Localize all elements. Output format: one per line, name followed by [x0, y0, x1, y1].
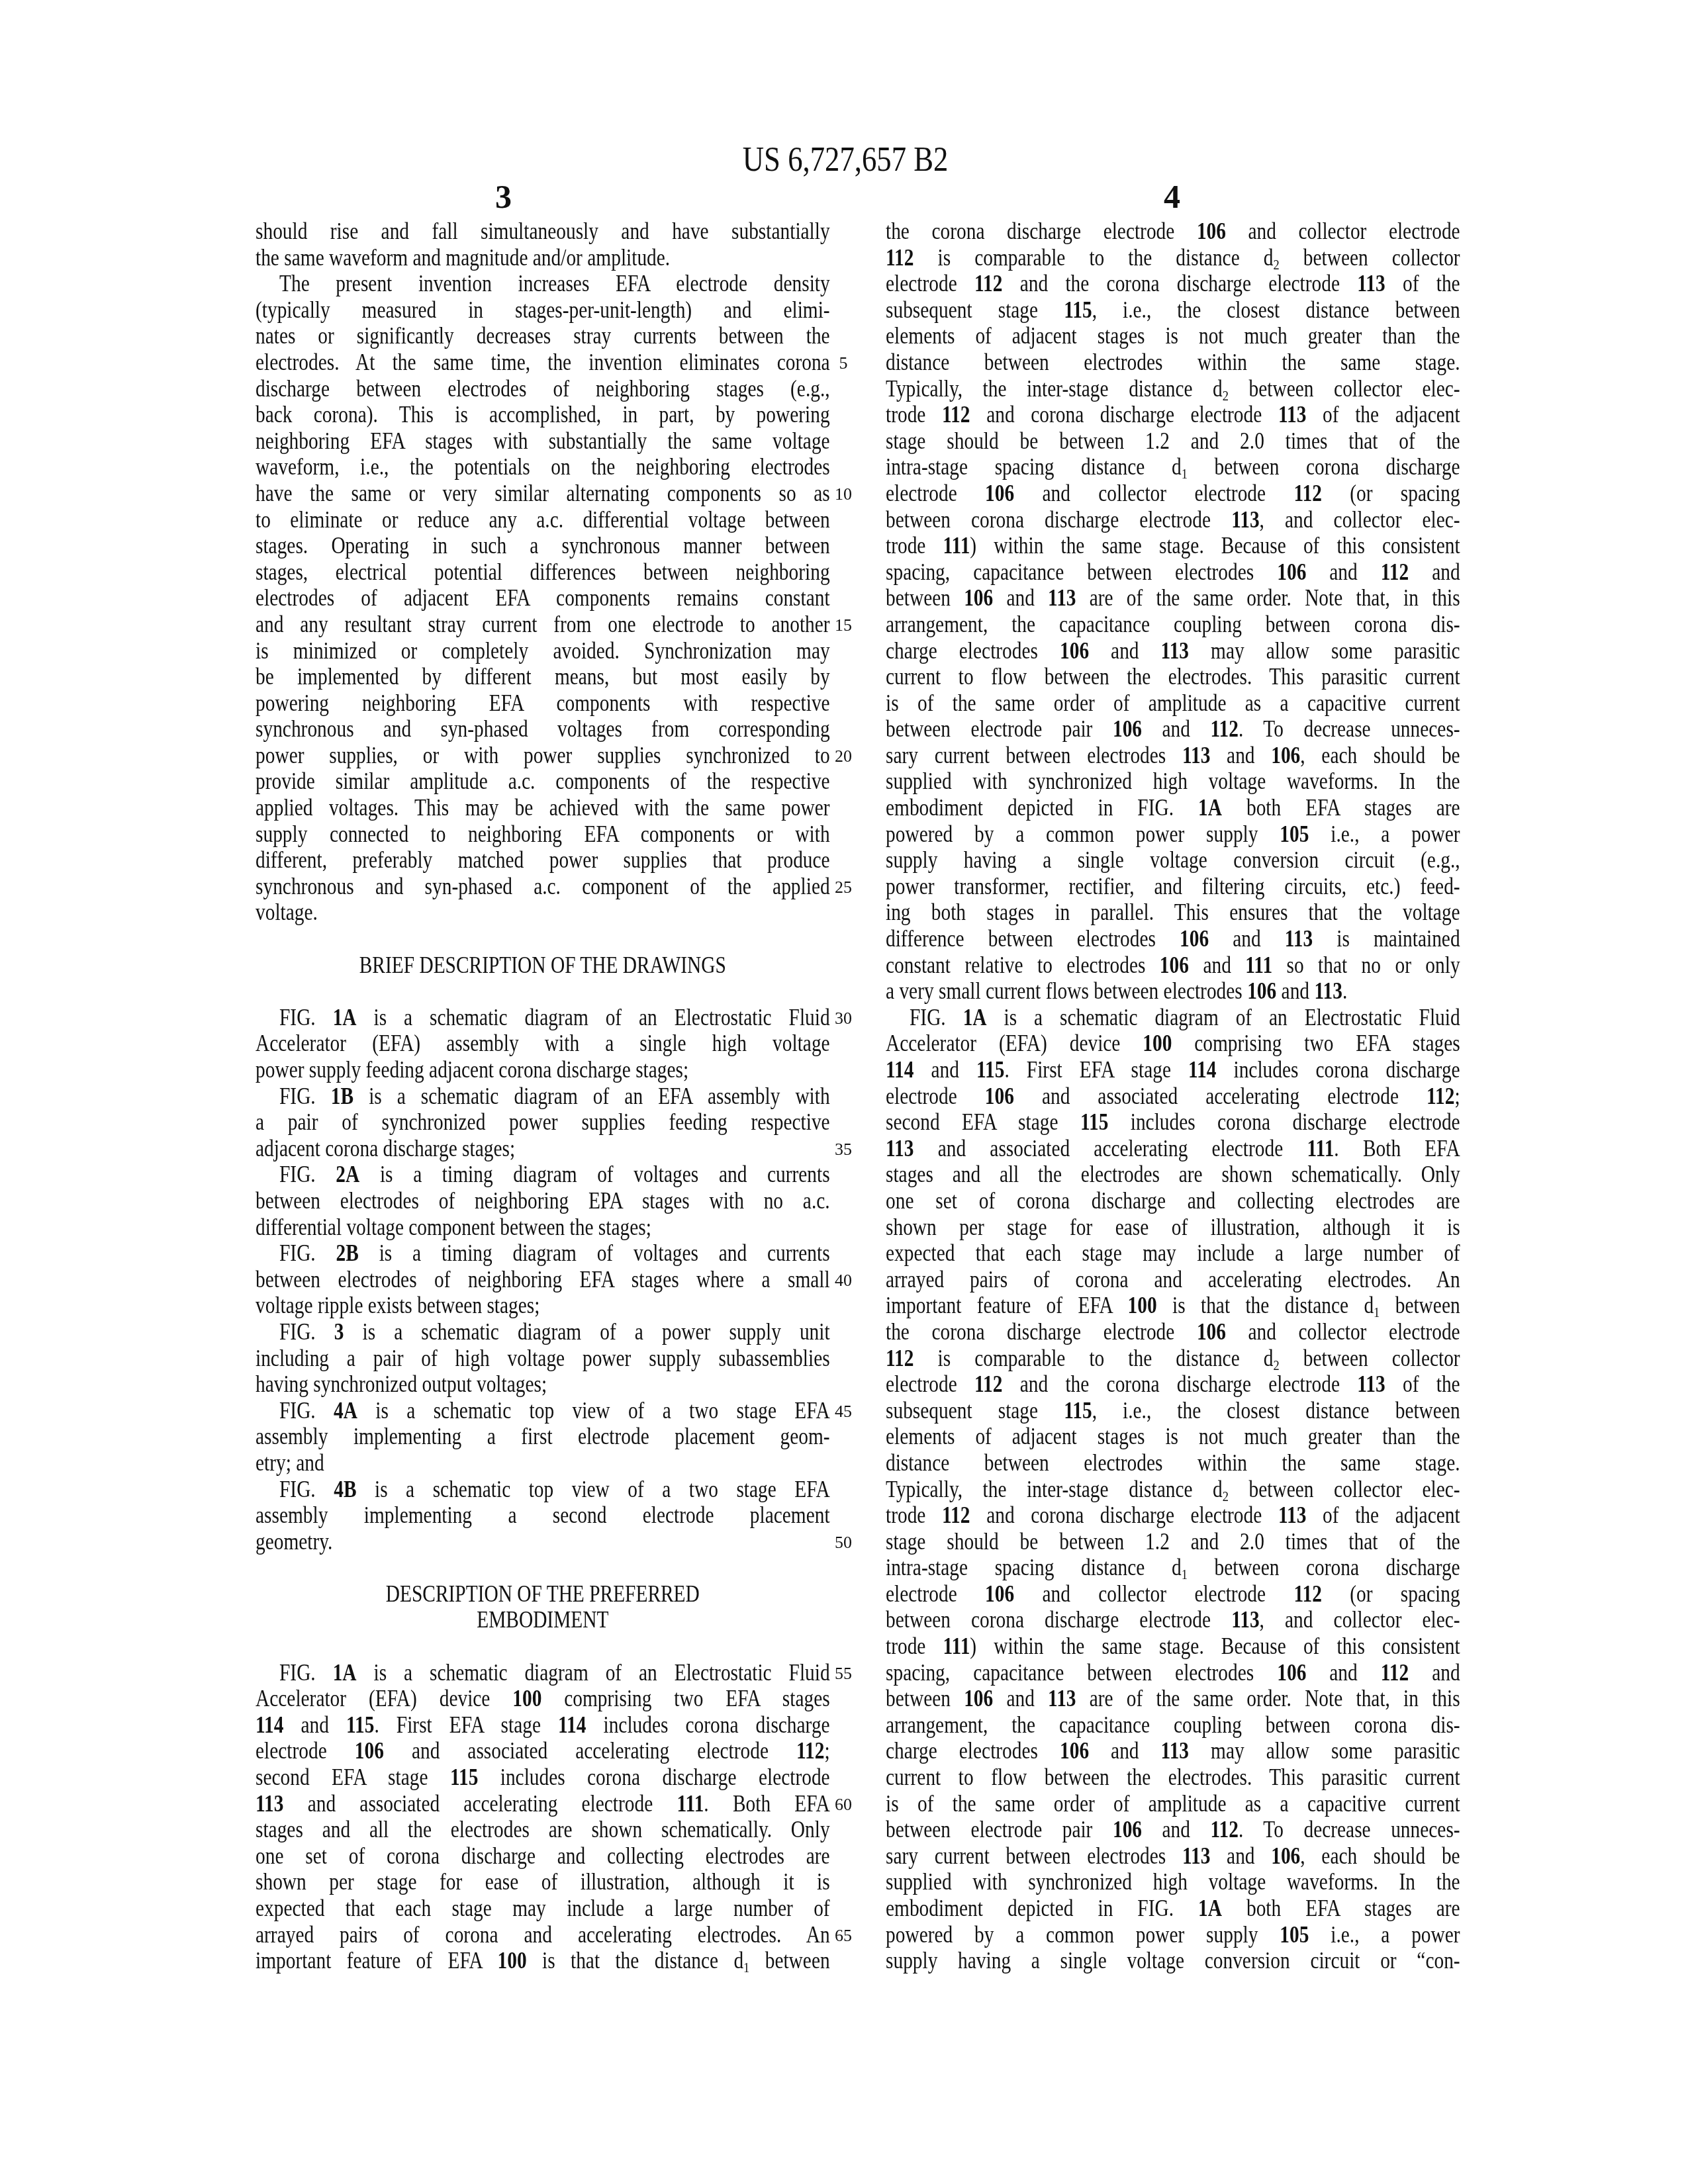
reference-numeral: 113	[1161, 1738, 1189, 1764]
reference-numeral: 106	[964, 585, 993, 611]
subscript: 2	[1223, 1488, 1229, 1504]
reference-numeral: 106	[964, 1686, 993, 1711]
reference-numeral: 100	[1128, 1293, 1157, 1318]
reference-numeral: 112	[1381, 1660, 1409, 1686]
text-line: subsequent stage 115, i.e., the closest …	[886, 297, 1460, 324]
text-line: expected that each stage may include a l…	[886, 1240, 1460, 1267]
reference-numeral: 106	[1247, 978, 1276, 1004]
text-line: supplied with synchronized high voltage …	[886, 768, 1460, 795]
text-line: adjacent corona discharge stages;	[256, 1136, 830, 1162]
reference-numeral: 115	[346, 1712, 374, 1738]
text-line: different, preferably matched power supp…	[256, 847, 830, 874]
reference-numeral: 113	[1048, 585, 1076, 611]
text-line: arrayed pairs of corona and accelerating…	[256, 1922, 830, 1948]
reference-numeral: 113	[1161, 638, 1189, 664]
text-line: electrode 106 and collector electrode 11…	[886, 480, 1460, 507]
text-line: (typically measured in stages-per-unit-l…	[256, 297, 830, 324]
text-line: should rise and fall simultaneously and …	[256, 218, 830, 245]
text-line: power supply feeding adjacent corona dis…	[256, 1057, 830, 1083]
reference-numeral: 113	[1048, 1686, 1076, 1711]
text-line: FIG. 1A is a schematic diagram of an Ele…	[256, 1005, 830, 1031]
text-line: charge electrodes 106 and 113 may allow …	[886, 638, 1460, 664]
text-line: supply having a single voltage conversio…	[886, 847, 1460, 874]
reference-numeral: 112	[1293, 480, 1321, 506]
reference-numeral: 113	[256, 1791, 283, 1817]
line-number: 10	[830, 484, 857, 504]
text-line: spacing, capacitance between electrodes …	[886, 559, 1460, 586]
reference-numeral: 100	[512, 1686, 541, 1711]
text-line: Accelerator (EFA) device 100 comprising …	[886, 1030, 1460, 1057]
text-line: The present invention increases EFA elec…	[256, 271, 830, 297]
text-line: FIG. 4A is a schematic top view of a two…	[256, 1398, 830, 1424]
text-line: 114 and 115. First EFA stage 114 include…	[886, 1057, 1460, 1083]
reference-numeral: 106	[985, 1581, 1014, 1607]
reference-numeral: 106	[1060, 638, 1089, 664]
text-line: electrode 106 and associated acceleratin…	[886, 1083, 1460, 1110]
text-line	[256, 1633, 830, 1660]
reference-numeral: 3	[334, 1319, 344, 1345]
reference-numeral: 111	[1307, 1136, 1334, 1161]
reference-numeral: 2B	[336, 1240, 359, 1266]
line-number: 55	[830, 1664, 857, 1684]
section-heading: EMBODIMENT	[256, 1607, 830, 1633]
reference-numeral: 106	[1060, 1738, 1089, 1764]
text-line: arrangement, the capacitance coupling be…	[886, 1712, 1460, 1739]
reference-numeral: 115	[976, 1057, 1004, 1083]
line-number: 35	[830, 1140, 857, 1160]
text-line: FIG. 1A is a schematic diagram of an Ele…	[256, 1660, 830, 1686]
reference-numeral: 1A	[1198, 1895, 1222, 1921]
patent-number-header: US 6,727,657 B2	[120, 140, 1571, 179]
reference-numeral: 112	[942, 402, 970, 428]
text-line: ing both stages in parallel. This ensure…	[886, 899, 1460, 926]
text-line: electrode 106 and collector electrode 11…	[886, 1581, 1460, 1608]
reference-numeral: 113	[1314, 978, 1342, 1004]
text-line: between electrode pair 106 and 112. To d…	[886, 716, 1460, 743]
reference-numeral: 115	[1080, 1109, 1108, 1135]
text-line: power transformer, rectifier, and filter…	[886, 874, 1460, 900]
text-line: stages and all the electrodes are shown …	[256, 1817, 830, 1843]
text-line: trode 111) within the same stage. Becaus…	[886, 1633, 1460, 1660]
line-number: 20	[830, 747, 857, 766]
text-line: sary current between electrodes 113 and …	[886, 1843, 1460, 1870]
text-line: neighboring EFA stages with substantiall…	[256, 428, 830, 455]
text-line: constant relative to electrodes 106 and …	[886, 952, 1460, 979]
text-line: assembly implementing a first electrode …	[256, 1424, 830, 1450]
text-line: is minimized or completely avoided. Sync…	[256, 638, 830, 664]
subscript: 1	[1182, 465, 1188, 482]
text-line: intra-stage spacing distance d1 between …	[886, 454, 1460, 480]
text-line: having synchronized output voltages;	[256, 1371, 830, 1398]
line-number: 45	[830, 1402, 857, 1422]
subscript: 1	[1374, 1304, 1380, 1320]
line-number: 50	[830, 1533, 857, 1553]
text-line: a very small current flows between elect…	[886, 978, 1460, 1005]
text-line: etry; and	[256, 1450, 830, 1477]
text-line: FIG. 1B is a schematic diagram of an EFA…	[256, 1083, 830, 1110]
line-number: 40	[830, 1271, 857, 1291]
text-line: including a pair of high voltage power s…	[256, 1345, 830, 1372]
text-line: 113 and associated accelerating electrod…	[256, 1791, 830, 1817]
reference-numeral: 106	[1197, 218, 1226, 244]
reference-numeral: 106	[355, 1738, 384, 1764]
text-line: the same waveform and magnitude and/or a…	[256, 245, 830, 271]
reference-numeral: 106	[1180, 926, 1209, 952]
reference-numeral: 114	[558, 1712, 586, 1738]
text-line: second EFA stage 115 includes corona dis…	[886, 1109, 1460, 1136]
text-line: Accelerator (EFA) device 100 comprising …	[256, 1686, 830, 1712]
reference-numeral: 112	[942, 1502, 970, 1528]
reference-numeral: 113	[1285, 926, 1313, 952]
reference-numeral: 113	[1182, 1843, 1210, 1869]
text-line: geometry.	[256, 1529, 830, 1555]
text-line: be implemented by different means, but m…	[256, 664, 830, 690]
text-line: powering neighboring EFA components with…	[256, 690, 830, 717]
reference-numeral: 106	[1277, 559, 1306, 585]
reference-numeral: 112	[886, 1345, 914, 1371]
subscript: 2	[1273, 256, 1279, 273]
text-line: electrode 112 and the corona discharge e…	[886, 271, 1460, 297]
text-line: elements of adjacent stages is not much …	[886, 323, 1460, 349]
text-line: supplied with synchronized high voltage …	[886, 1869, 1460, 1895]
right-column-number: 4	[1164, 177, 1180, 216]
text-line: shown per stage for ease of illustration…	[256, 1869, 830, 1895]
reference-numeral: 106	[1113, 1817, 1142, 1843]
reference-numeral: 114	[886, 1057, 914, 1083]
line-number: 30	[830, 1009, 857, 1028]
text-line: Accelerator (EFA) assembly with a single…	[256, 1030, 830, 1057]
text-line: intra-stage spacing distance d1 between …	[886, 1555, 1460, 1581]
reference-numeral: 115	[450, 1764, 478, 1790]
reference-numeral: 105	[1280, 1922, 1309, 1948]
text-line: subsequent stage 115, i.e., the closest …	[886, 1398, 1460, 1424]
reference-numeral: 113	[1357, 271, 1385, 296]
reference-numeral: 111	[943, 1633, 970, 1659]
subscript: 2	[1273, 1357, 1279, 1373]
text-line: FIG. 4B is a schematic top view of a two…	[256, 1477, 830, 1503]
text-line: between corona discharge electrode 113, …	[886, 1607, 1460, 1633]
text-line: one set of corona discharge and collecti…	[886, 1188, 1460, 1214]
text-line: applied voltages. This may be achieved w…	[256, 795, 830, 821]
reference-numeral: 1A	[963, 1005, 987, 1030]
text-line: is of the same order of amplitude as a c…	[886, 1791, 1460, 1817]
text-line: nates or significantly decreases stray c…	[256, 323, 830, 349]
text-line: trode 111) within the same stage. Becaus…	[886, 533, 1460, 559]
text-line: stages, electrical potential differences…	[256, 559, 830, 586]
reference-numeral: 113	[1231, 1607, 1259, 1633]
text-line: 114 and 115. First EFA stage 114 include…	[256, 1712, 830, 1739]
line-number: 25	[830, 878, 857, 897]
section-heading: BRIEF DESCRIPTION OF THE DRAWINGS	[256, 952, 830, 979]
reference-numeral: 112	[1381, 559, 1409, 585]
reference-numeral: 100	[498, 1948, 527, 1974]
text-line: elements of adjacent stages is not much …	[886, 1424, 1460, 1450]
text-line: arrangement, the capacitance coupling be…	[886, 612, 1460, 638]
text-line: and any resultant stray current from one…	[256, 612, 830, 638]
text-line: assembly implementing a second electrode…	[256, 1502, 830, 1529]
right-text-column: the corona discharge electrode 106 and c…	[886, 218, 1460, 1974]
text-line: electrodes of adjacent EFA components re…	[256, 585, 830, 612]
text-line: Typically, the inter-stage distance d2 b…	[886, 1477, 1460, 1503]
text-line: supply connected to neighboring EFA comp…	[256, 821, 830, 848]
reference-numeral: 113	[886, 1136, 914, 1161]
subscript: 2	[1223, 387, 1229, 404]
text-line: between electrodes of neighboring EFA st…	[256, 1267, 830, 1293]
text-line: embodiment depicted in FIG. 1A both EFA …	[886, 795, 1460, 821]
subscript: 1	[1182, 1566, 1188, 1582]
reference-numeral: 2A	[336, 1161, 359, 1187]
text-line: important feature of EFA 100 is that the…	[256, 1948, 830, 1974]
reference-numeral: 1B	[331, 1083, 353, 1109]
text-line: between 106 and 113 are of the same orde…	[886, 1686, 1460, 1712]
text-line: trode 112 and corona discharge electrode…	[886, 402, 1460, 428]
text-line: trode 112 and corona discharge electrode…	[886, 1502, 1460, 1529]
text-line: 112 is comparable to the distance d2 bet…	[886, 245, 1460, 271]
text-line: differential voltage component between t…	[256, 1214, 830, 1241]
text-line: distance between electrodes within the s…	[886, 349, 1460, 376]
text-line	[256, 978, 830, 1005]
text-line: distance between electrodes within the s…	[886, 1450, 1460, 1477]
text-line: electrodes. At the same time, the invent…	[256, 349, 830, 376]
text-line: spacing, capacitance between electrodes …	[886, 1660, 1460, 1686]
text-line: voltage.	[256, 899, 830, 926]
text-line: current to flow between the electrodes. …	[886, 664, 1460, 690]
text-line: important feature of EFA 100 is that the…	[886, 1293, 1460, 1319]
reference-numeral: 115	[1064, 1398, 1092, 1424]
reference-numeral: 106	[1160, 952, 1189, 978]
reference-numeral: 112	[796, 1738, 824, 1764]
text-line: stages and all the electrodes are shown …	[886, 1161, 1460, 1188]
left-text-column: should rise and fall simultaneously and …	[256, 218, 830, 1974]
subscript: 1	[743, 1959, 749, 1976]
text-line: powered by a common power supply 105 i.e…	[886, 1922, 1460, 1948]
text-line: provide similar amplitude a.c. component…	[256, 768, 830, 795]
text-line: stage should be between 1.2 and 2.0 time…	[886, 1529, 1460, 1555]
reference-numeral: 106	[1271, 1843, 1300, 1869]
text-line: FIG. 2A is a timing diagram of voltages …	[256, 1161, 830, 1188]
line-number: 15	[830, 615, 857, 635]
reference-numeral: 105	[1280, 821, 1309, 847]
reference-numeral: 115	[1064, 297, 1092, 323]
text-line: voltage ripple exists between stages;	[256, 1293, 830, 1319]
text-line: stage should be between 1.2 and 2.0 time…	[886, 428, 1460, 455]
text-line: have the same or very similar alternatin…	[256, 480, 830, 507]
reference-numeral: 113	[1357, 1371, 1385, 1397]
left-column-number: 3	[495, 177, 512, 216]
text-line: embodiment depicted in FIG. 1A both EFA …	[886, 1895, 1460, 1922]
text-line: electrode 106 and associated acceleratin…	[256, 1738, 830, 1764]
text-line: FIG. 2B is a timing diagram of voltages …	[256, 1240, 830, 1267]
text-line: stages. Operating in such a synchronous …	[256, 533, 830, 559]
text-line: the corona discharge electrode 106 and c…	[886, 1319, 1460, 1345]
line-number: 65	[830, 1926, 857, 1946]
reference-numeral: 100	[1143, 1030, 1172, 1056]
text-line: shown per stage for ease of illustration…	[886, 1214, 1460, 1241]
reference-numeral: 106	[1197, 1319, 1226, 1345]
reference-numeral: 111	[1245, 952, 1272, 978]
text-line: expected that each stage may include a l…	[256, 1895, 830, 1922]
reference-numeral: 112	[974, 271, 1002, 296]
text-line: between corona discharge electrode 113, …	[886, 507, 1460, 533]
reference-numeral: 4B	[334, 1477, 356, 1502]
reference-numeral: 114	[1188, 1057, 1216, 1083]
text-line: waveform, i.e., the potentials on the ne…	[256, 454, 830, 480]
text-line: FIG. 1A is a schematic diagram of an Ele…	[886, 1005, 1460, 1031]
reference-numeral: 106	[985, 480, 1014, 506]
text-line: between 106 and 113 are of the same orde…	[886, 585, 1460, 612]
reference-numeral: 106	[1113, 716, 1142, 742]
reference-numeral: 112	[886, 245, 914, 271]
text-line: is of the same order of amplitude as a c…	[886, 690, 1460, 717]
text-line: arrayed pairs of corona and accelerating…	[886, 1267, 1460, 1293]
line-number: 60	[830, 1795, 857, 1815]
text-line: sary current between electrodes 113 and …	[886, 743, 1460, 769]
text-line: electrode 112 and the corona discharge e…	[886, 1371, 1460, 1398]
text-line	[256, 1555, 830, 1581]
line-number: 5	[830, 353, 857, 373]
text-line: supply having a single voltage conversio…	[886, 1948, 1460, 1974]
text-line: synchronous and syn-phased a.c. componen…	[256, 874, 830, 900]
reference-numeral: 1A	[1198, 795, 1222, 821]
text-line: difference between electrodes 106 and 11…	[886, 926, 1460, 952]
text-line: 112 is comparable to the distance d2 bet…	[886, 1345, 1460, 1372]
reference-numeral: 112	[1211, 1817, 1239, 1843]
reference-numeral: 111	[943, 533, 970, 559]
text-line: back corona). This is accomplished, in p…	[256, 402, 830, 428]
reference-numeral: 112	[1211, 716, 1239, 742]
text-line	[256, 926, 830, 952]
reference-numeral: 1A	[333, 1005, 357, 1030]
reference-numeral: 1A	[333, 1660, 357, 1686]
reference-numeral: 114	[256, 1712, 283, 1738]
reference-numeral: 113	[1278, 1502, 1306, 1528]
text-line: to eliminate or reduce any a.c. differen…	[256, 507, 830, 533]
reference-numeral: 112	[974, 1371, 1002, 1397]
reference-numeral: 106	[1271, 743, 1300, 768]
text-line: Typically, the inter-stage distance d2 b…	[886, 376, 1460, 402]
reference-numeral: 113	[1278, 402, 1306, 428]
text-line: the corona discharge electrode 106 and c…	[886, 218, 1460, 245]
reference-numeral: 111	[677, 1791, 704, 1817]
reference-numeral: 113	[1231, 507, 1259, 533]
text-line: current to flow between the electrodes. …	[886, 1764, 1460, 1791]
text-line: synchronous and syn-phased voltages from…	[256, 716, 830, 743]
reference-numeral: 112	[1293, 1581, 1321, 1607]
text-line: second EFA stage 115 includes corona dis…	[256, 1764, 830, 1791]
reference-numeral: 106	[1277, 1660, 1306, 1686]
reference-numeral: 113	[1182, 743, 1210, 768]
section-heading: DESCRIPTION OF THE PREFERRED	[256, 1581, 830, 1608]
text-line: powered by a common power supply 105 i.e…	[886, 821, 1460, 848]
text-line: between electrode pair 106 and 112. To d…	[886, 1817, 1460, 1843]
text-line: power supplies, or with power supplies s…	[256, 743, 830, 769]
text-line: FIG. 3 is a schematic diagram of a power…	[256, 1319, 830, 1345]
reference-numeral: 112	[1427, 1083, 1454, 1109]
reference-numeral: 4A	[334, 1398, 357, 1424]
text-line: charge electrodes 106 and 113 may allow …	[886, 1738, 1460, 1764]
text-line: a pair of synchronized power supplies fe…	[256, 1109, 830, 1136]
reference-numeral: 106	[985, 1083, 1014, 1109]
text-line: discharge between electrodes of neighbor…	[256, 376, 830, 402]
text-line: 113 and associated accelerating electrod…	[886, 1136, 1460, 1162]
text-line: one set of corona discharge and collecti…	[256, 1843, 830, 1870]
text-line: between electrodes of neighboring EPA st…	[256, 1188, 830, 1214]
